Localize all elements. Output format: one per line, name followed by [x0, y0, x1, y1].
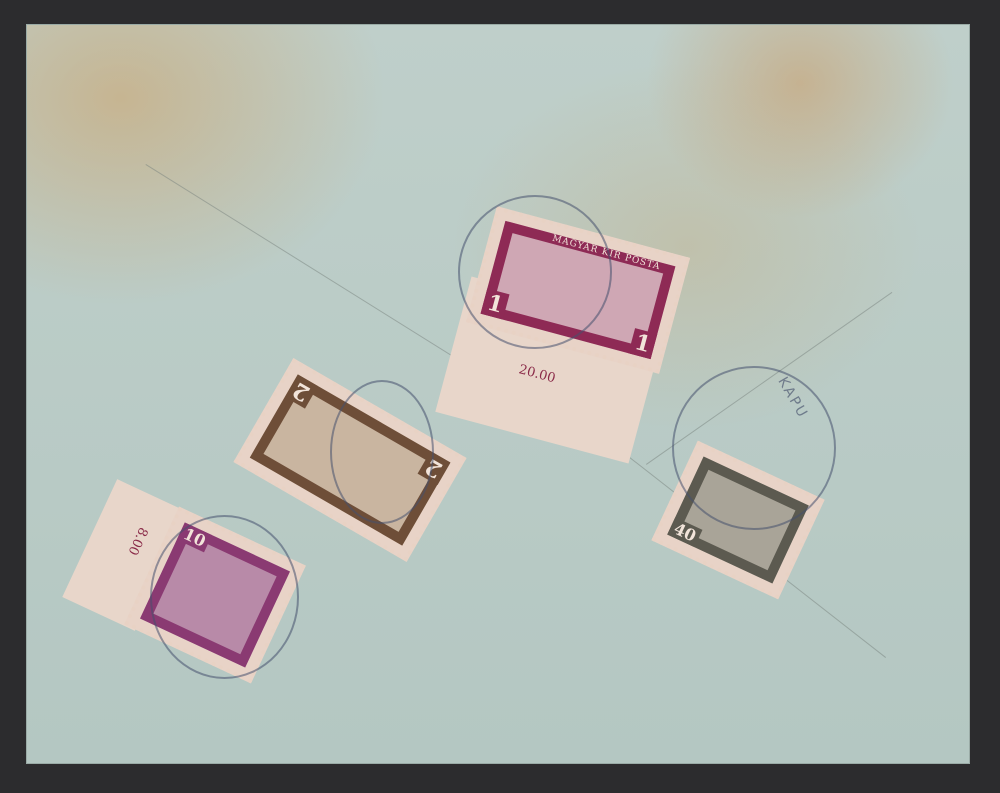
plate-number: 20.00 [517, 362, 557, 386]
stamp-value: 40 [667, 517, 702, 547]
postmark [330, 380, 434, 524]
postmark [150, 515, 299, 679]
postmark [458, 195, 612, 349]
stamp-value: 2 [285, 374, 318, 408]
plate-number: 8.00 [125, 525, 151, 558]
stamp-value: 1 [628, 328, 657, 359]
postmark [672, 366, 836, 530]
